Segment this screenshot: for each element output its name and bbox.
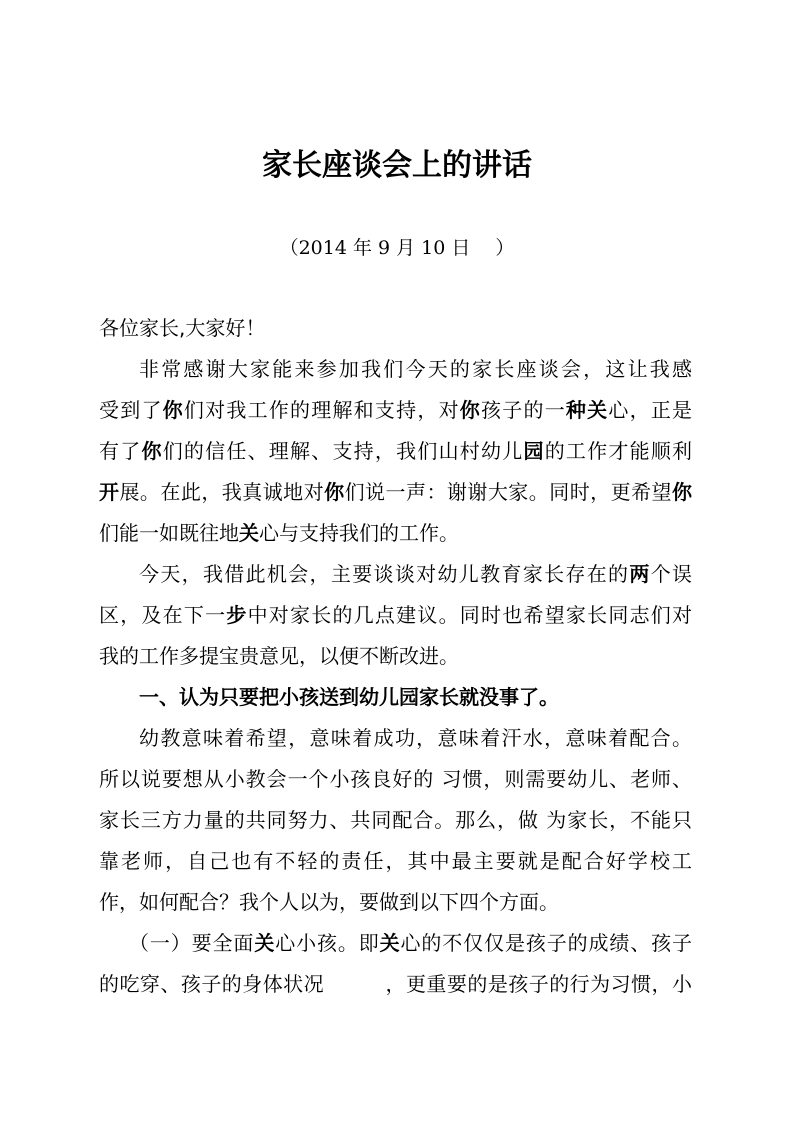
text-line: 各位家长,大家好！ xyxy=(99,308,692,349)
text-run: 幼教意味着希望，意味着成功，意味着汗水，意味着配合。 xyxy=(139,726,692,750)
text-run: 你 xyxy=(460,398,481,422)
text-run: （一）要全面 xyxy=(129,931,254,955)
document-title: 家长座谈会上的讲话 xyxy=(0,147,794,185)
text-run: 作，如何配合？我个人以为，要做到以下四个方面。 xyxy=(99,890,559,914)
text-run: 展。在此，我真诚地对 xyxy=(119,480,324,504)
text-line: 受到了你们对我工作的理解和支持，对你孩子的一种关心，正是 xyxy=(99,390,692,431)
text-run: 有了 xyxy=(99,439,141,463)
text-line: 开展。在此，我真诚地对你们说一声：谢谢大家。同时，更希望你 xyxy=(99,472,692,513)
text-line: 今天，我借此机会，主要谈谈对幼儿教育家长存在的两个误 xyxy=(99,554,692,595)
text-run: 关 xyxy=(254,931,275,955)
text-line: 作，如何配合？我个人以为，要做到以下四个方面。 xyxy=(99,882,692,923)
text-run: 两 xyxy=(629,562,650,586)
text-line: 靠老师，自己也有不轻的责任，其中最主要就是配合好学校工 xyxy=(99,841,692,882)
text-line: 幼教意味着希望，意味着成功，意味着汗水，意味着配合。 xyxy=(99,718,692,759)
text-run: 你 xyxy=(672,480,692,504)
text-run: 非常感谢大家能来参加我们今天的家长座谈会，这让我感 xyxy=(139,357,692,381)
document-date: （2014 年 9 月 10 日 ） xyxy=(0,236,794,260)
text-line: 非常感谢大家能来参加我们今天的家长座谈会，这让我感 xyxy=(99,349,692,390)
text-run: 们能一如既往地 xyxy=(99,521,239,545)
text-run: 开 xyxy=(99,480,119,504)
text-run: 的工作才能顺利 xyxy=(545,439,692,463)
document-body: 各位家长,大家好！非常感谢大家能来参加我们今天的家长座谈会，这让我感受到了你们对… xyxy=(99,308,692,1005)
text-line: 区，及在下一步中对家长的几点建议。同时也希望家长同志们对 xyxy=(99,595,692,636)
text-run: 个误 xyxy=(651,562,692,586)
text-run: 关 xyxy=(380,931,401,955)
text-run: 种关 xyxy=(566,398,608,422)
text-run: 区，及在下一 xyxy=(99,603,226,627)
text-run: 所以说要想从小教会一个小孩良好的 习惯，则需要幼儿、老师、 xyxy=(99,767,692,791)
text-run: 受到了 xyxy=(99,398,163,422)
text-run: 你 xyxy=(141,439,162,463)
text-line: 的吃穿、孩子的身体状况 ，更重要的是孩子的行为习惯，小 xyxy=(99,964,692,1005)
text-line: 家长三方力量的共同努力、共同配合。那么，做 为家长，不能只 xyxy=(99,800,692,841)
text-run: 们对我工作的理解和支持，对 xyxy=(184,398,460,422)
text-run: 心的不仅仅是孩子的成绩、孩子 xyxy=(401,931,692,955)
text-run: 各位家长,大家好！ xyxy=(99,316,265,340)
text-line: 所以说要想从小教会一个小孩良好的 习惯，则需要幼儿、老师、 xyxy=(99,759,692,800)
text-run: 中对家长的几点建议。同时也希望家长同志们对 xyxy=(248,603,692,627)
text-run: 一、认为只要把小孩送到幼儿园家长就没事了。 xyxy=(139,685,559,709)
text-run: 你 xyxy=(324,480,344,504)
text-run: 心，正是 xyxy=(608,398,692,422)
text-run: 的吃穿、孩子的身体状况 ，更重要的是孩子的行为习惯，小 xyxy=(99,972,692,996)
text-run: 园 xyxy=(523,439,544,463)
text-run: 我的工作多提宝贵意见，以便不断改进。 xyxy=(99,644,459,668)
text-run: 关 xyxy=(239,521,259,545)
text-line: （一）要全面关心小孩。即关心的不仅仅是孩子的成绩、孩子 xyxy=(99,923,692,964)
text-run: 今天，我借此机会，主要谈谈对幼儿教育家长存在的 xyxy=(139,562,629,586)
text-run: 你 xyxy=(163,398,184,422)
document-page: 家长座谈会上的讲话 （2014 年 9 月 10 日 ） 各位家长,大家好！非常… xyxy=(0,0,794,1123)
text-run: 家长三方力量的共同努力、共同配合。那么，做 为家长，不能只 xyxy=(99,808,692,832)
text-run: 心小孩。即 xyxy=(275,931,379,955)
text-run: 们说一声：谢谢大家。同时，更希望 xyxy=(345,480,672,504)
text-run: 步 xyxy=(226,603,247,627)
text-run: 孩子的一 xyxy=(481,398,566,422)
text-run: 们的信任、理解、支持，我们山村幼儿 xyxy=(163,439,524,463)
text-run: 心与支持我们的工作。 xyxy=(259,521,459,545)
text-line: 有了你们的信任、理解、支持，我们山村幼儿园的工作才能顺利 xyxy=(99,431,692,472)
text-line: 我的工作多提宝贵意见，以便不断改进。 xyxy=(99,636,692,677)
text-line: 一、认为只要把小孩送到幼儿园家长就没事了。 xyxy=(99,677,692,718)
text-run: 靠老师，自己也有不轻的责任，其中最主要就是配合好学校工 xyxy=(99,849,692,873)
text-line: 们能一如既往地关心与支持我们的工作。 xyxy=(99,513,692,554)
